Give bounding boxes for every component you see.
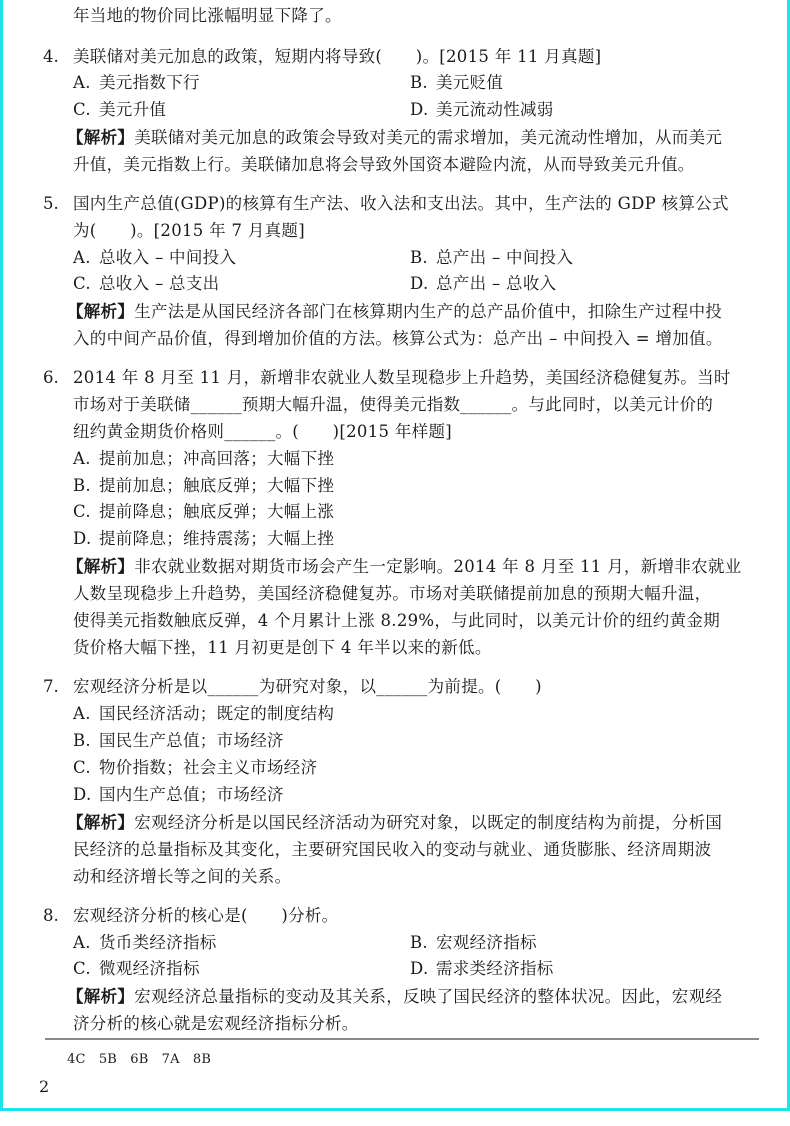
option-b: B.总产出 – 中间投入 <box>410 248 573 268</box>
analysis: 【解析】美联储对美元加息的政策会导致对美元的需求增加，美元流动性增加，从而美元 <box>67 128 722 148</box>
analysis: 【解析】宏观经济总量指标的变动及其关系，反映了国民经济的整体状况。因此，宏观经 <box>67 987 722 1007</box>
option-c: C.美元升值 <box>73 100 166 120</box>
question-number: 8. <box>43 906 59 926</box>
option-a: A.提前加息；冲高回落；大幅下挫 <box>73 449 334 469</box>
question-stem: 市场对于美联储______预期大幅升温，使得美元指数______。与此同时，以美… <box>73 395 713 415</box>
analysis: 【解析】生产法是从国民经济各部门在核算期内生产的总产品价值中，扣除生产过程中投 <box>67 302 722 322</box>
option-a: A.国民经济活动；既定的制度结构 <box>73 704 334 724</box>
analysis-line: 动和经济增长等之间的关系。 <box>73 867 291 887</box>
analysis-line: 使得美元指数触底反弹，4 个月累计上涨 8.29%，与此同时，以美元计价的纽约黄… <box>73 611 720 631</box>
analysis-label: 【解析】 <box>67 128 134 147</box>
option-a: A.货币类经济指标 <box>73 933 217 953</box>
question-stem: 国内生产总值(GDP)的核算有生产法、收入法和支出法。其中，生产法的 GDP 核… <box>73 194 729 214</box>
page-number: 2 <box>39 1077 49 1096</box>
analysis-line: 济分析的核心就是宏观经济指标分析。 <box>73 1014 359 1034</box>
option-b: B.国民生产总值；市场经济 <box>73 731 284 751</box>
analysis-line: 民经济的总量指标及其变化，主要研究国民收入的变动与就业、通货膨胀、经济周期波 <box>73 840 711 860</box>
option-d: D.需求类经济指标 <box>410 959 554 979</box>
option-c: C.总收入 – 总支出 <box>73 274 219 294</box>
analysis-label: 【解析】 <box>67 813 134 832</box>
question-number: 6. <box>43 368 59 388</box>
option-c: C.微观经济指标 <box>73 959 200 979</box>
question-stem: 宏观经济分析是以______为研究对象，以______为前提。( ) <box>73 677 542 697</box>
analysis: 【解析】宏观经济分析是以国民经济活动为研究对象，以既定的制度结构为前提，分析国 <box>67 813 722 833</box>
answer-key: 4C 5B 6B 7A 8B <box>67 1048 211 1067</box>
analysis-label: 【解析】 <box>67 557 134 576</box>
option-d: D.总产出 – 总收入 <box>410 274 556 294</box>
option-d: D.国内生产总值；市场经济 <box>73 785 284 805</box>
option-c: C.提前降息；触底反弹；大幅上涨 <box>73 502 334 522</box>
footer-divider <box>45 1038 759 1040</box>
analysis-line: 升值，美元指数上行。美联储加息将会导致外国资本避险内流，从而导致美元升值。 <box>73 155 695 175</box>
question-stem: 美联储对美元加息的政策，短期内将导致( )。[2015 年 11 月真题] <box>73 47 601 67</box>
option-a: A.美元指数下行 <box>73 73 200 93</box>
option-b: B.美元贬值 <box>410 73 503 93</box>
option-b: B.宏观经济指标 <box>410 933 537 953</box>
option-c: C.物价指数；社会主义市场经济 <box>73 758 317 778</box>
question-number: 7. <box>43 677 59 697</box>
question-stem: 为( )。[2015 年 7 月真题] <box>73 221 305 241</box>
question-stem: 2014 年 8 月至 11 月，新增非农就业人数呈现稳步上升趋势，美国经济稳健… <box>73 368 731 388</box>
analysis-label: 【解析】 <box>67 987 134 1006</box>
question-number: 4. <box>43 47 59 67</box>
question-stem: 宏观经济分析的核心是( )分析。 <box>73 906 338 926</box>
option-a: A.总收入 – 中间投入 <box>73 248 236 268</box>
option-d: D.美元流动性减弱 <box>410 100 554 120</box>
analysis-line: 人数呈现稳步上升趋势，美国经济稳健复苏。市场对美联储提前加息的预期大幅升温， <box>73 584 711 604</box>
analysis-line: 货价格大幅下挫，11 月初更是创下 4 年半以来的新低。 <box>73 638 492 658</box>
document-page: 年当地的物价同比涨幅明显下降了。 4. 美联储对美元加息的政策，短期内将导致( … <box>0 0 790 1111</box>
question-number: 5. <box>43 194 59 214</box>
analysis: 【解析】非农就业数据对期货市场会产生一定影响。2014 年 8 月至 11 月，… <box>67 557 742 577</box>
question-stem: 纽约黄金期货价格则______。( )[2015 年样题] <box>73 422 452 442</box>
analysis-label: 【解析】 <box>67 302 134 321</box>
option-d: D.提前降息；维持震荡；大幅上挫 <box>73 529 334 549</box>
option-b: B.提前加息；触底反弹；大幅下挫 <box>73 476 334 496</box>
continuation-text: 年当地的物价同比涨幅明显下降了。 <box>73 6 342 26</box>
analysis-line: 入的中间产品价值，得到增加价值的方法。核算公式为：总产出 – 中间投入 = 增加… <box>73 329 723 349</box>
